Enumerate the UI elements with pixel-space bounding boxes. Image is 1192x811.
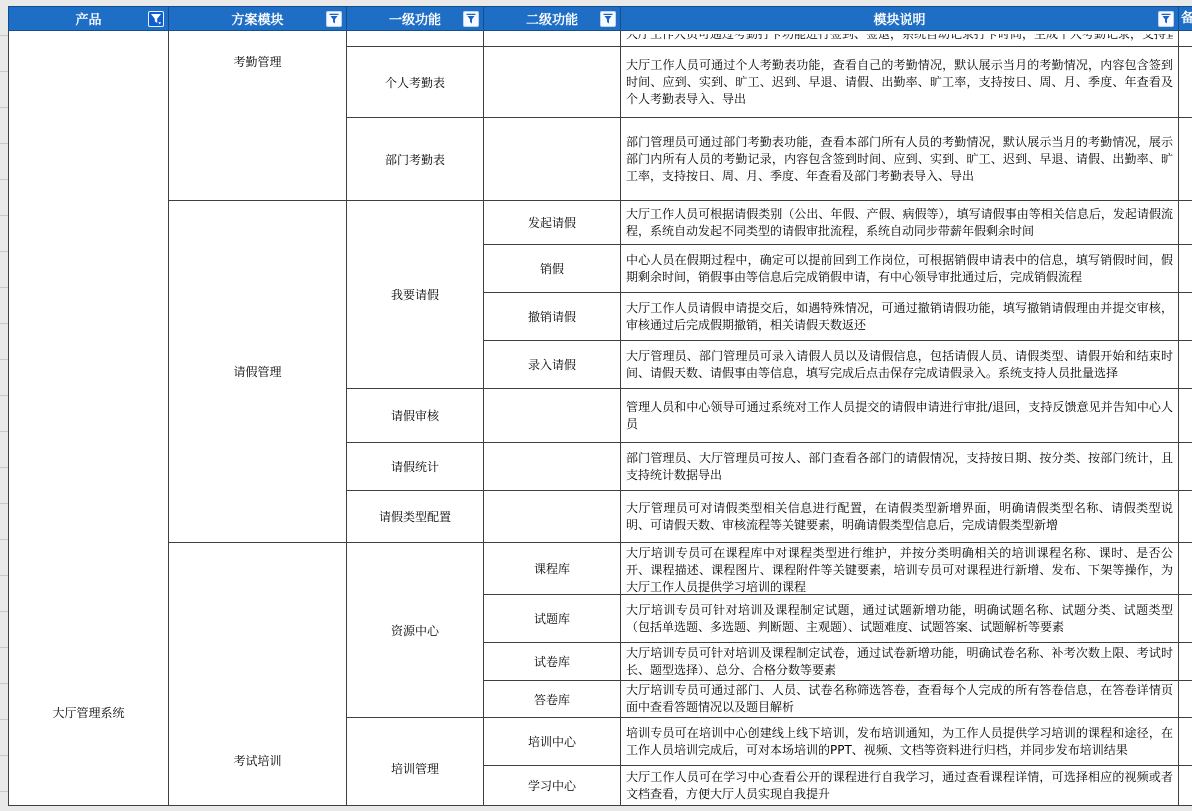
cell-remark-empty[interactable] [1179,681,1192,718]
header-remark-label: 备注 [1181,7,1192,26]
cell-remark-empty[interactable] [1179,389,1192,443]
cell-level2-empty[interactable] [484,31,621,47]
cell-level2-initiate-leave[interactable]: 发起请假 [484,201,621,245]
cell-level1-leave-review[interactable]: 请假审核 [347,389,484,443]
cell-level2-empty[interactable] [484,389,621,443]
cell-desc-personal-sheet[interactable]: 大厅工作人员可通过个人考勤表功能，查看自己的考勤情况，默认展示当月的考勤情况，内… [621,47,1179,118]
level1-label: 请假审核 [391,409,439,423]
description-text: 大厅工作人员可通过个人考勤表功能，查看自己的考勤情况，默认展示当月的考勤情况，内… [621,56,1178,109]
module-attendance-label: 考勤管理 [233,55,281,69]
funnel-icon [328,13,340,25]
level2-label: 学习中心 [528,779,576,793]
description-text: 部门管理员、大厅管理员可按人、部门查看各部门的请假情况，支持按日期、按分类、按部… [621,449,1178,485]
header-product-label: 产品 [75,13,101,28]
level2-label: 课程库 [534,562,570,576]
cell-remark-empty[interactable] [1179,293,1192,341]
cell-level2-enter-leave[interactable]: 录入请假 [484,341,621,389]
cell-desc-question-lib[interactable]: 大厅培训专员可针对培训及课程制定试题，通过试题新增功能，明确试题名称、试题分类、… [621,595,1179,643]
cell-desc-training-center[interactable]: 培训专员可在培训中心创建线上线下培训，发布培训通知，为工作人员提供学习培训的课程… [621,718,1179,766]
cell-level1-leave-stats[interactable]: 请假统计 [347,443,484,491]
level2-label: 培训中心 [528,735,576,749]
cell-product-hall-system[interactable]: 大厅管理系统 [9,31,169,806]
header-product[interactable]: 产品 [9,7,169,31]
cell-remark-empty[interactable] [1179,341,1192,389]
funnel-icon [1160,13,1172,25]
cell-desc-leave-review[interactable]: 管理人员和中心领导可通过系统对工作人员提交的请假申请进行审批/退回，支持反馈意见… [621,389,1179,443]
cell-level2-revoke-leave[interactable]: 撤销请假 [484,293,621,341]
filter-icon[interactable] [326,11,342,27]
header-level1-label: 一级功能 [389,13,441,28]
header-level2[interactable]: 二级功能 [484,7,621,31]
cell-remark-empty[interactable] [1179,443,1192,491]
module-training-label: 考试培训 [233,754,281,768]
level2-label: 发起请假 [528,216,576,230]
cell-level2-training-center[interactable]: 培训中心 [484,718,621,766]
description-text: 大厅工作人员可在学习中心查看公开的课程进行自我学习，通过查看课程详情，可选择相应… [621,768,1178,804]
cell-remark-empty[interactable] [1179,543,1192,595]
cell-level1-my-leave[interactable]: 我要请假 [347,201,484,389]
header-description-label: 模块说明 [873,13,925,28]
cell-desc-learning-center[interactable]: 大厅工作人员可在学习中心查看公开的课程进行自我学习，通过查看课程详情，可选择相应… [621,766,1179,806]
description-text: 大厅培训专员可通过部门、人员、试卷名称筛选答卷，查看每个人完成的所有答卷信息，在… [621,681,1178,717]
cell-module-training[interactable]: 考试培训 [169,543,347,806]
level2-label: 试题库 [534,612,570,626]
table-row: 考试培训 资源中心 课程库 大厅培训专员可在课程库中对课程类型进行维护，并按分类… [9,543,1192,595]
clipped-text-region: 大厅工作人员可通过考勤打卡功能进行签到、签退，系统自动记录打卡时间，生成个人考勤… [626,32,1173,46]
filter-icon[interactable] [1158,11,1174,27]
cell-desc-clipped[interactable]: 大厅工作人员可通过考勤打卡功能进行签到、签退，系统自动记录打卡时间，生成个人考勤… [621,31,1179,47]
module-leave-label: 请假管理 [233,365,281,379]
description-text: 大厅工作人员可根据请假类别（公出、年假、产假、病假等），填写请假事由等相关信息后… [621,205,1178,241]
cell-level2-cancel-leave[interactable]: 销假 [484,245,621,293]
description-text: 部门管理员可通过部门考勤表功能，查看本部门所有人员的考勤情况，默认展示当月的考勤… [621,133,1178,186]
cell-level1-personal-sheet[interactable]: 个人考勤表 [347,47,484,118]
cell-remark-empty[interactable] [1179,643,1192,681]
cell-level2-empty[interactable] [484,47,621,118]
funnel-icon [150,13,162,25]
cell-desc-dept-sheet[interactable]: 部门管理员可通过部门考勤表功能，查看本部门所有人员的考勤情况，默认展示当月的考勤… [621,118,1179,201]
description-text: 大厅工作人员请假申请提交后，如遇特殊情况，可通过撤销请假功能，填写撤销请假理由并… [621,299,1178,335]
table-row: 请假管理 我要请假 发起请假 大厅工作人员可根据请假类别（公出、年假、产假、病假… [9,201,1192,245]
description-text: 大厅管理员、部门管理员可录入请假人员以及请假信息，包括请假人员、请假类型、请假开… [621,347,1178,383]
cell-desc-cancel-leave[interactable]: 中心人员在假期过程中，确定可以提前回到工作岗位，可根据销假申请表中的信息，填写销… [621,245,1179,293]
cell-desc-answer-lib[interactable]: 大厅培训专员可通过部门、人员、试卷名称筛选答卷，查看每个人完成的所有答卷信息，在… [621,681,1179,718]
funnel-icon [602,13,614,25]
header-row: 产品 方案模块 一级功能 [9,7,1192,31]
level1-label: 培训管理 [391,762,439,776]
description-text: 大厅培训专员可针对培训及课程制定试卷，通过试卷新增功能，明确试卷名称、补考次数上… [621,644,1178,680]
cell-module-leave[interactable]: 请假管理 [169,201,347,543]
cell-remark-empty[interactable] [1179,31,1192,47]
cell-desc-revoke-leave[interactable]: 大厅工作人员请假申请提交后，如遇特殊情况，可通过撤销请假功能，填写撤销请假理由并… [621,293,1179,341]
cell-remark-empty[interactable] [1179,245,1192,293]
level1-label: 资源中心 [391,624,439,638]
cell-level2-question-lib[interactable]: 试题库 [484,595,621,643]
header-remark-clipped[interactable]: 备注 [1179,7,1192,31]
level1-label: 请假类型配置 [379,510,451,524]
cell-desc-leave-stats[interactable]: 部门管理员、大厅管理员可按人、部门查看各部门的请假情况，支持按日期、按分类、按部… [621,443,1179,491]
level2-label: 录入请假 [528,358,576,372]
funnel-icon [465,13,477,25]
requirements-table: 产品 方案模块 一级功能 [8,6,1192,806]
cell-desc-leave-type-config[interactable]: 大厅管理员可对请假类型相关信息进行配置，在请假类型新增界面，明确请假类型名称、请… [621,491,1179,543]
cell-remark-empty[interactable] [1179,595,1192,643]
level2-label: 答卷库 [534,693,570,707]
description-text: 大厅管理员可对请假类型相关信息进行配置，在请假类型新增界面，明确请假类型名称、请… [621,499,1178,535]
cell-remark-empty[interactable] [1179,201,1192,245]
cell-level2-learning-center[interactable]: 学习中心 [484,766,621,806]
table-row: 大厅管理系统 考勤管理 大厅工作人员可通过考勤打卡功能进行签到、签退，系统自动记… [9,31,1192,47]
header-module-label: 方案模块 [231,13,283,28]
cell-level1-leave-type-config[interactable]: 请假类型配置 [347,491,484,543]
description-text: 大厅培训专员可针对培训及课程制定试题，通过试题新增功能，明确试题名称、试题分类、… [621,601,1178,637]
header-module[interactable]: 方案模块 [169,7,347,31]
header-description[interactable]: 模块说明 [621,7,1179,31]
description-text: 管理人员和中心领导可通过系统对工作人员提交的请假申请进行审批/退回，支持反馈意见… [621,398,1178,434]
description-text: 中心人员在假期过程中，确定可以提前回到工作岗位，可根据销假申请表中的信息，填写销… [621,251,1178,287]
cell-level2-empty[interactable] [484,443,621,491]
level1-label: 请假统计 [391,460,439,474]
cell-remark-empty[interactable] [1179,47,1192,118]
cell-module-attendance[interactable]: 考勤管理 [169,31,347,201]
cell-level1-training-mgmt[interactable]: 培训管理 [347,718,484,806]
level1-label: 个人考勤表 [385,76,445,90]
sheet-left-gutter [0,0,8,811]
clipped-description-text: 大厅工作人员可通过考勤打卡功能进行签到、签退，系统自动记录打卡时间，生成个人考勤… [626,34,1173,43]
cell-level1-empty[interactable] [347,31,484,47]
cell-remark-empty[interactable] [1179,118,1192,201]
cell-level2-paper-lib[interactable]: 试卷库 [484,643,621,681]
filter-icon[interactable] [600,11,616,27]
level2-label: 试卷库 [534,655,570,669]
cell-desc-enter-leave[interactable]: 大厅管理员、部门管理员可录入请假人员以及请假信息，包括请假人员、请假类型、请假开… [621,341,1179,389]
description-text: 培训专员可在培训中心创建线上线下培训，发布培训通知，为工作人员提供学习培训的课程… [621,724,1178,760]
cell-desc-course-lib[interactable]: 大厅培训专员可在课程库中对课程类型进行维护，并按分类明确相关的培训课程名称、课时… [621,543,1179,595]
cell-level2-course-lib[interactable]: 课程库 [484,543,621,595]
header-level1[interactable]: 一级功能 [347,7,484,31]
spreadsheet-window: 产品 方案模块 一级功能 [0,0,1192,811]
description-text: 大厅培训专员可在课程库中对课程类型进行维护，并按分类明确相关的培训课程名称、课时… [621,544,1178,594]
cell-desc-initiate-leave[interactable]: 大厅工作人员可根据请假类别（公出、年假、产假、病假等），填写请假事由等相关信息后… [621,201,1179,245]
header-level2-label: 二级功能 [526,13,578,28]
cell-level1-dept-sheet[interactable]: 部门考勤表 [347,118,484,201]
filter-icon[interactable] [148,11,164,27]
level1-label: 我要请假 [391,288,439,302]
cell-level1-resource-center[interactable]: 资源中心 [347,543,484,718]
cell-level2-answer-lib[interactable]: 答卷库 [484,681,621,718]
cell-level2-empty[interactable] [484,491,621,543]
cell-desc-paper-lib[interactable]: 大厅培训专员可针对培训及课程制定试卷，通过试卷新增功能，明确试卷名称、补考次数上… [621,643,1179,681]
product-name-label: 大厅管理系统 [52,706,124,720]
filter-icon[interactable] [463,11,479,27]
cell-level2-empty[interactable] [484,118,621,201]
level2-label: 销假 [540,262,564,276]
level1-label: 部门考勤表 [385,153,445,167]
cell-remark-empty[interactable] [1179,718,1192,766]
cell-remark-empty[interactable] [1179,766,1192,806]
level2-label: 撤销请假 [528,310,576,324]
cell-remark-empty[interactable] [1179,491,1192,543]
